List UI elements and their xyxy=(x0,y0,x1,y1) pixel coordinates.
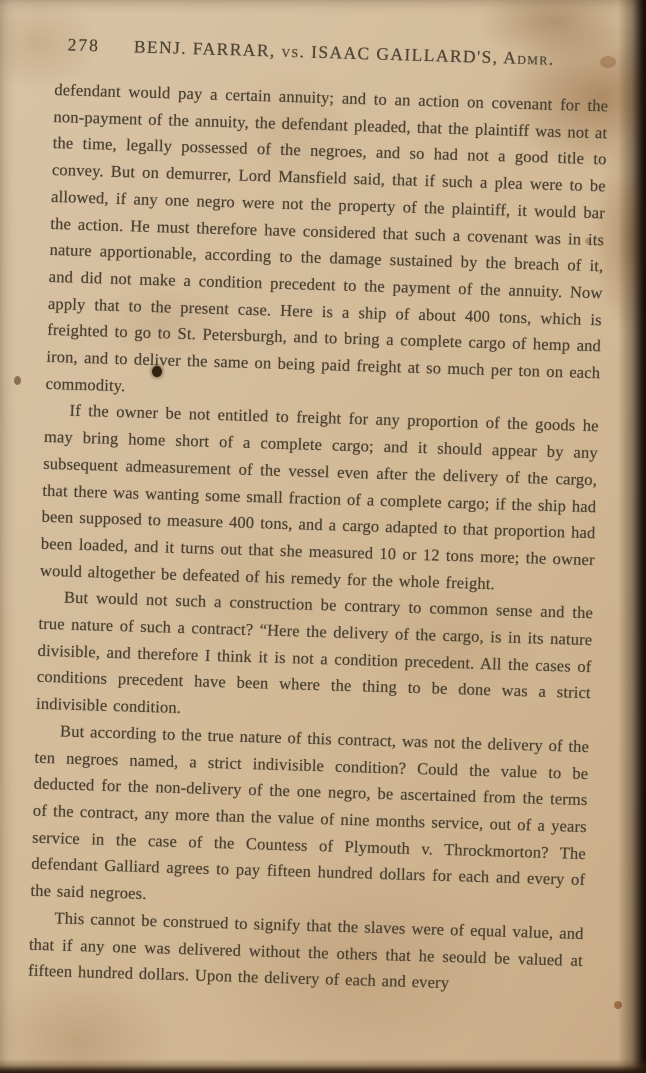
page-text-block: 278 BENJ. FARRAR, vs. ISAAC GAILLARD'S, … xyxy=(28,34,610,1001)
body-paragraph-1: defendant would pay a certain annuity; a… xyxy=(45,77,608,414)
body-paragraph-5: This cannot be construed to signify that… xyxy=(28,904,584,1001)
book-gutter-shadow xyxy=(618,0,646,1073)
body-text: defendant would pay a certain annuity; a… xyxy=(28,77,609,1001)
page-bottom-edge xyxy=(0,1059,646,1073)
paper-stain xyxy=(600,56,616,68)
book-page-scan: 278 BENJ. FARRAR, vs. ISAAC GAILLARD'S, … xyxy=(0,0,646,1073)
running-title: BENJ. FARRAR, vs. ISAAC GAILLARD'S, Admr… xyxy=(134,36,555,69)
page-number: 278 xyxy=(67,34,100,56)
running-head: 278 BENJ. FARRAR, vs. ISAAC GAILLARD'S, … xyxy=(55,34,609,71)
body-paragraph-4: But according to the true nature of this… xyxy=(30,718,589,921)
paper-stain xyxy=(14,376,21,385)
ink-blot xyxy=(152,366,162,377)
paper-stain xyxy=(585,238,591,244)
body-paragraph-3: But would not such a construction be con… xyxy=(36,584,594,734)
body-paragraph-2: If the owner be not entitled to freight … xyxy=(40,397,599,600)
